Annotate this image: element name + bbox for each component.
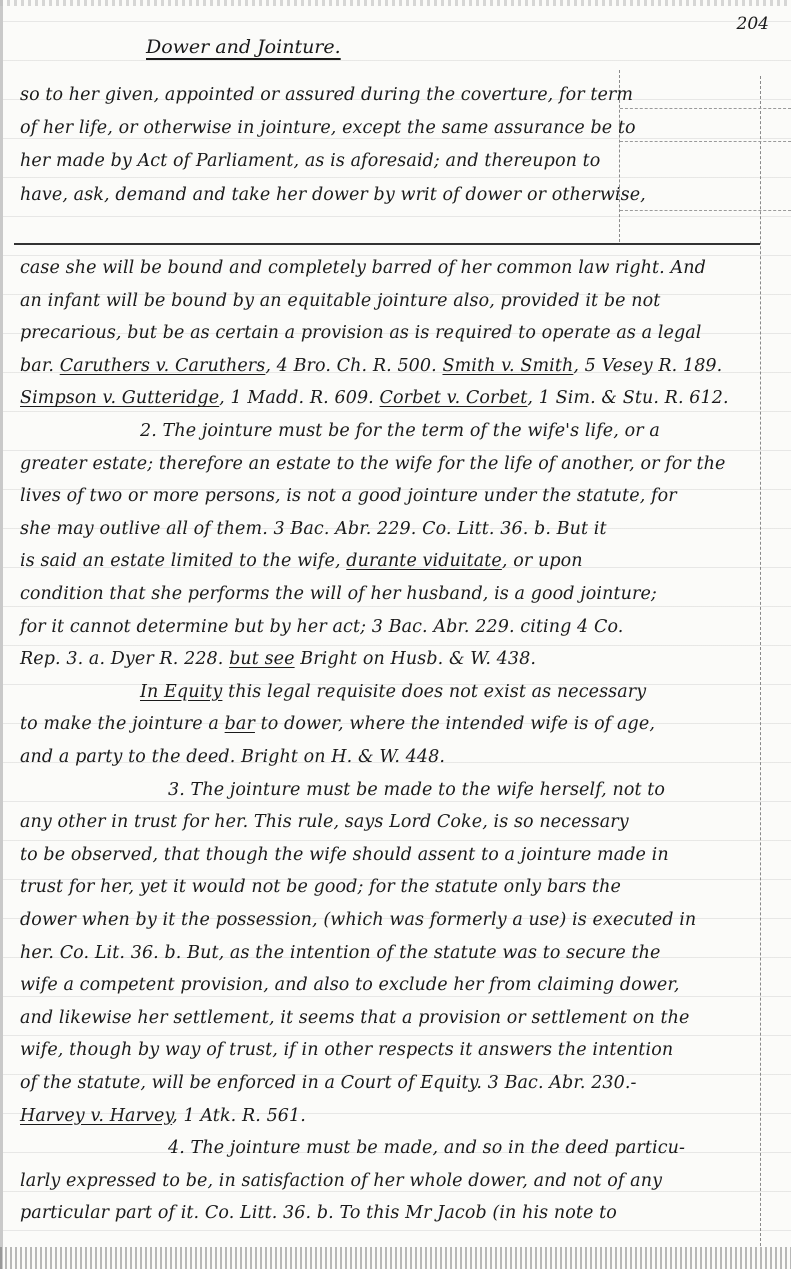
- text-line: trust for her, yet it would not be good;…: [20, 877, 621, 897]
- manuscript-page: 204 Dower and Jointure. so to her given,…: [0, 0, 791, 1269]
- text-line: 2. The jointure must be for the term of …: [140, 421, 660, 441]
- case-citation: durante viduitate: [346, 551, 502, 571]
- text-line: In Equity this legal requisite does not …: [140, 682, 646, 702]
- text-line: Rep. 3. a. Dyer R. 228. but see Bright o…: [20, 649, 536, 669]
- text-fragment: , or upon: [502, 551, 583, 571]
- text-line: 4. The jointure must be made, and so in …: [168, 1138, 685, 1158]
- text-line: to be observed, that though the wife sho…: [20, 845, 669, 865]
- text-line: her made by Act of Parliament, as is afo…: [20, 151, 600, 171]
- text-line: wife a competent provision, and also to …: [20, 975, 680, 995]
- text-fragment: this legal requisite does not exist as n…: [222, 682, 646, 702]
- text-line: of the statute, will be enforced in a Co…: [20, 1073, 637, 1093]
- case-citation: In Equity: [140, 682, 222, 702]
- text-fragment: bar.: [20, 356, 60, 376]
- page-heading: Dower and Jointure.: [146, 36, 341, 58]
- text-line: larly expressed to be, in satisfaction o…: [20, 1171, 662, 1191]
- margin-rule-right: [760, 76, 761, 1246]
- text-line: is said an estate limited to the wife, d…: [20, 551, 583, 571]
- text-line: so to her given, appointed or assured du…: [20, 85, 633, 105]
- text-line: to make the jointure a bar to dower, whe…: [20, 714, 655, 734]
- case-citation: Corbet v. Corbet: [380, 388, 528, 408]
- box-rule-1: [620, 108, 791, 109]
- text-fragment: to dower, where the intended wife is of …: [255, 714, 655, 734]
- text-fragment: , 1 Atk. R. 561.: [172, 1106, 306, 1126]
- text-line: case she will be bound and completely ba…: [20, 258, 706, 278]
- text-line: bar. Caruthers v. Caruthers, 4 Bro. Ch. …: [20, 356, 722, 376]
- text-line: have, ask, demand and take her dower by …: [20, 185, 646, 205]
- case-citation: Smith v. Smith: [442, 356, 573, 376]
- text-fragment: , 1 Sim. & Stu. R. 612.: [527, 388, 728, 408]
- case-citation: Caruthers v. Caruthers: [60, 356, 266, 376]
- text-line: greater estate; therefore an estate to t…: [20, 454, 726, 474]
- case-citation: Simpson v. Gutteridge: [20, 388, 219, 408]
- text-line: dower when by it the possession, (which …: [20, 910, 696, 930]
- text-line: for it cannot determine but by her act; …: [20, 617, 623, 637]
- text-line: and likewise her settlement, it seems th…: [20, 1008, 689, 1028]
- text-line: and a party to the deed. Bright on H. & …: [20, 747, 445, 767]
- scan-edge: [0, 0, 3, 1269]
- case-citation: Harvey v. Harvey: [20, 1106, 172, 1126]
- text-line: wife, though by way of trust, if in othe…: [20, 1040, 673, 1060]
- case-citation: but see: [229, 649, 294, 669]
- text-line: particular part of it. Co. Litt. 36. b. …: [20, 1203, 617, 1223]
- text-line: an infant will be bound by an equitable …: [20, 291, 660, 311]
- text-line: of her life, or otherwise in jointure, e…: [20, 118, 636, 138]
- scan-artifact-bottom: [0, 1247, 791, 1269]
- section-divider: [14, 243, 760, 245]
- text-fragment: is said an estate limited to the wife,: [20, 551, 346, 571]
- page-number: 204: [737, 14, 769, 34]
- text-fragment: , 1 Madd. R. 609.: [219, 388, 379, 408]
- text-fragment: Rep. 3. a. Dyer R. 228.: [20, 649, 229, 669]
- text-fragment: Bright on Husb. & W. 438.: [295, 649, 536, 669]
- scan-artifact-top: [0, 0, 791, 6]
- case-citation: bar: [225, 714, 255, 734]
- text-line: she may outlive all of them. 3 Bac. Abr.…: [20, 519, 607, 539]
- text-fragment: , 4 Bro. Ch. R. 500.: [265, 356, 442, 376]
- text-line: lives of two or more persons, is not a g…: [20, 486, 677, 506]
- text-line: precarious, but be as certain a provisio…: [20, 323, 701, 343]
- box-rule-3: [620, 210, 791, 211]
- box-rule-2: [620, 141, 791, 142]
- text-line: any other in trust for her. This rule, s…: [20, 812, 629, 832]
- text-line: condition that she performs the will of …: [20, 584, 657, 604]
- text-line: Simpson v. Gutteridge, 1 Madd. R. 609. C…: [20, 388, 729, 408]
- text-line: Harvey v. Harvey, 1 Atk. R. 561.: [20, 1106, 306, 1126]
- text-fragment: to make the jointure a: [20, 714, 225, 734]
- text-line: 3. The jointure must be made to the wife…: [168, 780, 665, 800]
- text-fragment: , 5 Vesey R. 189.: [573, 356, 722, 376]
- text-line: her. Co. Lit. 36. b. But, as the intenti…: [20, 943, 661, 963]
